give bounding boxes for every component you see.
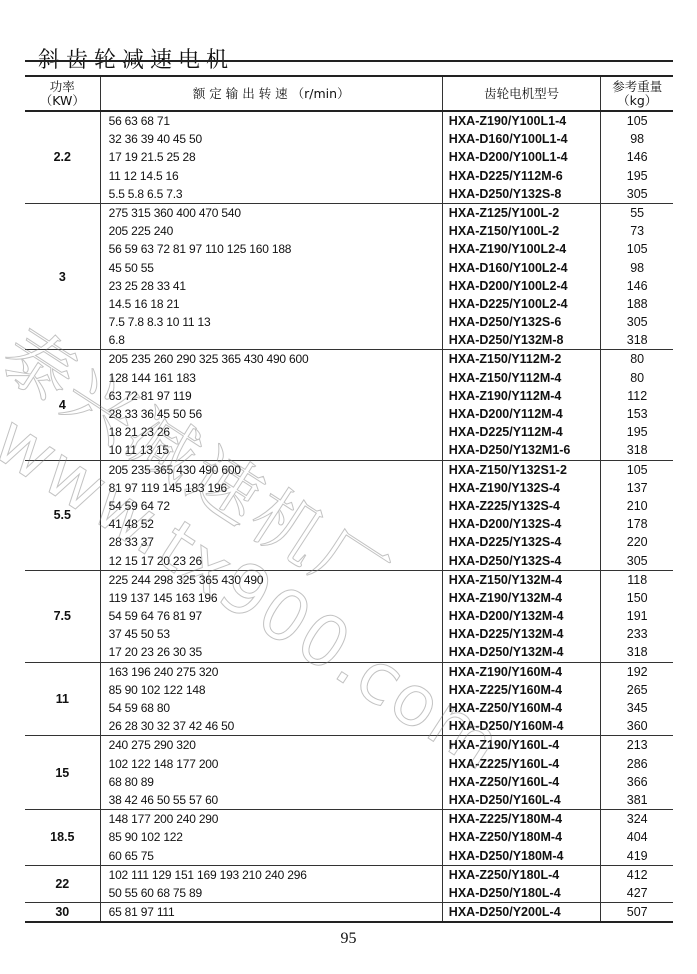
- model-name: HXA-Z250/Y180L-4: [443, 866, 601, 884]
- speed-cell: 205 235 365 430 490 60081 97 119 145 183…: [100, 460, 442, 570]
- weight-cell: 118150191233318: [601, 570, 673, 662]
- weight-cell: 412427: [601, 865, 673, 902]
- speed-values: 205 225 240: [101, 222, 442, 240]
- speed-values: 68 80 89: [101, 773, 442, 791]
- speed-values: 18 21 23 26: [101, 423, 442, 441]
- speed-values: 12 15 17 20 23 26: [101, 552, 442, 570]
- speed-values: 17 19 21.5 25 28: [101, 148, 442, 166]
- weight-value: 305: [601, 185, 673, 203]
- speed-cell: 65 81 97 111: [100, 903, 442, 923]
- weight-value: 153: [601, 405, 673, 423]
- power-group-row: 15240 275 290 320102 122 148 177 20068 8…: [25, 736, 673, 810]
- model-cell: HXA-Z225/Y180M-4HXA-Z250/Y180M-4HXA-D250…: [442, 810, 601, 866]
- speed-values: 65 81 97 111: [101, 903, 442, 921]
- speed-values: 81 97 119 145 183 196: [101, 479, 442, 497]
- weight-cell: 8080112153195318: [601, 350, 673, 460]
- power-group-row: 4205 235 260 290 325 365 430 490 600128 …: [25, 350, 673, 460]
- header-reference-weight: 参考重量 （kg）: [601, 76, 673, 111]
- weight-value: 324: [601, 810, 673, 828]
- model-name: HXA-D200/Y132M-4: [443, 607, 601, 625]
- speed-values: 28 33 36 45 50 56: [101, 405, 442, 423]
- speed-values: 56 63 68 71: [101, 112, 442, 130]
- model-name: HXA-Z150/Y100L-2: [443, 222, 601, 240]
- header-rated-output-speed: 额 定 输 出 转 速 （r/min）: [100, 76, 442, 111]
- power-group-row: 2.256 63 68 7132 36 39 40 45 5017 19 21.…: [25, 111, 673, 203]
- speed-values: 60 65 75: [101, 847, 442, 865]
- model-name: HXA-D250/Y132M-4: [443, 643, 601, 661]
- speed-values: 54 59 64 72: [101, 497, 442, 515]
- model-name: HXA-D250/Y200L-4: [443, 903, 601, 921]
- power-cell: 18.5: [25, 810, 100, 866]
- weight-value: 195: [601, 167, 673, 185]
- weight-value: 265: [601, 681, 673, 699]
- weight-value: 412: [601, 866, 673, 884]
- speed-cell: 163 196 240 275 32085 90 102 122 14854 5…: [100, 662, 442, 736]
- speed-values: 85 90 102 122: [101, 828, 442, 846]
- weight-value: 419: [601, 847, 673, 865]
- model-name: HXA-D250/Y160L-4: [443, 791, 601, 809]
- weight-value: 105: [601, 461, 673, 479]
- model-name: HXA-D250/Y180L-4: [443, 884, 601, 902]
- weight-value: 318: [601, 331, 673, 349]
- speed-values: 45 50 55: [101, 259, 442, 277]
- model-cell: HXA-Z150/Y132M-4HXA-Z190/Y132M-4HXA-D200…: [442, 570, 601, 662]
- model-name: HXA-D225/Y132M-4: [443, 625, 601, 643]
- model-name: HXA-Z225/Y180M-4: [443, 810, 601, 828]
- speed-values: 54 59 68 80: [101, 699, 442, 717]
- weight-value: 318: [601, 643, 673, 661]
- speed-cell: 275 315 360 400 470 540205 225 24056 59 …: [100, 203, 442, 350]
- speed-values: 240 275 290 320: [101, 736, 442, 754]
- speed-values: 11 12 14.5 16: [101, 167, 442, 185]
- speed-values: 205 235 365 430 490 600: [101, 461, 442, 479]
- power-group-row: 3275 315 360 400 470 540205 225 24056 59…: [25, 203, 673, 350]
- model-name: HXA-Z250/Y180M-4: [443, 828, 601, 846]
- weight-value: 146: [601, 148, 673, 166]
- model-name: HXA-Z150/Y132M-4: [443, 571, 601, 589]
- power-group-row: 7.5225 244 298 325 365 430 490119 137 14…: [25, 570, 673, 662]
- speed-cell: 56 63 68 7132 36 39 40 45 5017 19 21.5 2…: [100, 111, 442, 203]
- speed-values: 205 235 260 290 325 365 430 490 600: [101, 350, 442, 368]
- weight-value: 137: [601, 479, 673, 497]
- speed-values: 56 59 63 72 81 97 110 125 160 188: [101, 240, 442, 258]
- weight-value: 345: [601, 699, 673, 717]
- model-name: HXA-Z150/Y112M-4: [443, 369, 601, 387]
- speed-values: 10 11 13 15: [101, 441, 442, 459]
- speed-values: 102 111 129 151 169 193 210 240 296: [101, 866, 442, 884]
- weight-value: 192: [601, 663, 673, 681]
- model-name: HXA-Z250/Y160L-4: [443, 773, 601, 791]
- model-name: HXA-D200/Y100L1-4: [443, 148, 601, 166]
- weight-cell: 10598146195305: [601, 111, 673, 203]
- weight-value: 233: [601, 625, 673, 643]
- weight-value: 305: [601, 552, 673, 570]
- speed-values: 85 90 102 122 148: [101, 681, 442, 699]
- weight-value: 146: [601, 277, 673, 295]
- weight-value: 220: [601, 533, 673, 551]
- power-group-row: 22102 111 129 151 169 193 210 240 29650 …: [25, 865, 673, 902]
- weight-value: 112: [601, 387, 673, 405]
- weight-value: 191: [601, 607, 673, 625]
- speed-values: 6.8: [101, 331, 442, 349]
- model-name: HXA-D200/Y100L2-4: [443, 277, 601, 295]
- speed-values: 119 137 145 163 196: [101, 589, 442, 607]
- model-cell: HXA-Z190/Y160M-4HXA-Z225/Y160M-4HXA-Z250…: [442, 662, 601, 736]
- weight-value: 286: [601, 755, 673, 773]
- power-cell: 30: [25, 903, 100, 923]
- speed-values: 50 55 60 68 75 89: [101, 884, 442, 902]
- weight-value: 318: [601, 441, 673, 459]
- table-body: 2.256 63 68 7132 36 39 40 45 5017 19 21.…: [25, 111, 673, 922]
- weight-value: 118: [601, 571, 673, 589]
- model-name: HXA-D250/Y180M-4: [443, 847, 601, 865]
- model-name: HXA-D250/Y132S-8: [443, 185, 601, 203]
- model-cell: HXA-Z125/Y100L-2HXA-Z150/Y100L-2HXA-Z190…: [442, 203, 601, 350]
- weight-cell: 192265345360: [601, 662, 673, 736]
- weight-cell: 105137210178220305: [601, 460, 673, 570]
- speed-values: 23 25 28 33 41: [101, 277, 442, 295]
- model-name: HXA-Z190/Y160M-4: [443, 663, 601, 681]
- weight-value: 404: [601, 828, 673, 846]
- weight-value: 366: [601, 773, 673, 791]
- speed-values: 28 33 37: [101, 533, 442, 551]
- speed-values: 275 315 360 400 470 540: [101, 204, 442, 222]
- model-name: HXA-D225/Y112M-4: [443, 423, 601, 441]
- power-group-row: 5.5205 235 365 430 490 60081 97 119 145 …: [25, 460, 673, 570]
- power-cell: 3: [25, 203, 100, 350]
- speed-cell: 225 244 298 325 365 430 490119 137 145 1…: [100, 570, 442, 662]
- speed-cell: 205 235 260 290 325 365 430 490 600128 1…: [100, 350, 442, 460]
- model-name: HXA-Z225/Y132S-4: [443, 497, 601, 515]
- model-name: HXA-Z125/Y100L-2: [443, 204, 601, 222]
- power-cell: 4: [25, 350, 100, 460]
- model-name: HXA-Z150/Y112M-2: [443, 350, 601, 368]
- model-name: HXA-Z190/Y132S-4: [443, 479, 601, 497]
- model-cell: HXA-Z190/Y160L-4HXA-Z225/Y160L-4HXA-Z250…: [442, 736, 601, 810]
- model-name: HXA-Z225/Y160L-4: [443, 755, 601, 773]
- model-name: HXA-D225/Y100L2-4: [443, 295, 601, 313]
- weight-cell: 507: [601, 903, 673, 923]
- page-title: 斜齿轮减速电机: [38, 43, 234, 74]
- speed-values: 41 48 52: [101, 515, 442, 533]
- weight-cell: 324404419: [601, 810, 673, 866]
- speed-values: 63 72 81 97 119: [101, 387, 442, 405]
- model-cell: HXA-Z150/Y132S1-2HXA-Z190/Y132S-4HXA-Z22…: [442, 460, 601, 570]
- speed-cell: 102 111 129 151 169 193 210 240 29650 55…: [100, 865, 442, 902]
- model-cell: HXA-Z250/Y180L-4HXA-D250/Y180L-4: [442, 865, 601, 902]
- power-cell: 7.5: [25, 570, 100, 662]
- power-group-row: 3065 81 97 111HXA-D250/Y200L-4507: [25, 903, 673, 923]
- speed-values: 32 36 39 40 45 50: [101, 130, 442, 148]
- model-cell: HXA-Z190/Y100L1-4HXA-D160/Y100L1-4HXA-D2…: [442, 111, 601, 203]
- model-name: HXA-D225/Y112M-6: [443, 167, 601, 185]
- model-name: HXA-D250/Y132S-6: [443, 313, 601, 331]
- model-name: HXA-D250/Y132S-4: [443, 552, 601, 570]
- weight-value: 427: [601, 884, 673, 902]
- speed-values: 163 196 240 275 320: [101, 663, 442, 681]
- model-name: HXA-Z190/Y100L1-4: [443, 112, 601, 130]
- weight-value: 80: [601, 350, 673, 368]
- power-cell: 5.5: [25, 460, 100, 570]
- title-rule: [25, 60, 673, 62]
- speed-values: 7.5 7.8 8.3 10 11 13: [101, 313, 442, 331]
- model-name: HXA-D160/Y100L2-4: [443, 259, 601, 277]
- weight-value: 507: [601, 903, 673, 921]
- weight-value: 381: [601, 791, 673, 809]
- weight-value: 73: [601, 222, 673, 240]
- weight-value: 210: [601, 497, 673, 515]
- power-group-row: 18.5148 177 200 240 29085 90 102 12260 6…: [25, 810, 673, 866]
- speed-values: 17 20 23 26 30 35: [101, 643, 442, 661]
- power-group-row: 11163 196 240 275 32085 90 102 122 14854…: [25, 662, 673, 736]
- weight-value: 305: [601, 313, 673, 331]
- power-cell: 15: [25, 736, 100, 810]
- model-name: HXA-Z190/Y132M-4: [443, 589, 601, 607]
- header-power: 功率 （KW）: [25, 76, 100, 111]
- speed-values: 102 122 148 177 200: [101, 755, 442, 773]
- weight-value: 188: [601, 295, 673, 313]
- weight-value: 98: [601, 130, 673, 148]
- weight-value: 105: [601, 240, 673, 258]
- weight-value: 360: [601, 717, 673, 735]
- model-name: HXA-D225/Y132S-4: [443, 533, 601, 551]
- speed-values: 148 177 200 240 290: [101, 810, 442, 828]
- model-name: HXA-Z225/Y160M-4: [443, 681, 601, 699]
- speed-values: 37 45 50 53: [101, 625, 442, 643]
- model-name: HXA-Z150/Y132S1-2: [443, 461, 601, 479]
- weight-value: 195: [601, 423, 673, 441]
- weight-value: 178: [601, 515, 673, 533]
- speed-values: 54 59 64 76 81 97: [101, 607, 442, 625]
- weight-value: 213: [601, 736, 673, 754]
- model-name: HXA-Z190/Y112M-4: [443, 387, 601, 405]
- model-name: HXA-D200/Y132S-4: [443, 515, 601, 533]
- weight-value: 150: [601, 589, 673, 607]
- model-name: HXA-Z250/Y160M-4: [443, 699, 601, 717]
- power-cell: 11: [25, 662, 100, 736]
- speed-values: 26 28 30 32 37 42 46 50: [101, 717, 442, 735]
- weight-cell: 213286366381: [601, 736, 673, 810]
- page-number: 95: [0, 930, 697, 948]
- weight-value: 55: [601, 204, 673, 222]
- weight-value: 80: [601, 369, 673, 387]
- motor-spec-table: 功率 （KW） 额 定 输 出 转 速 （r/min） 齿轮电机型号 参考重量 …: [25, 75, 673, 923]
- model-name: HXA-Z190/Y160L-4: [443, 736, 601, 754]
- table-header-row: 功率 （KW） 额 定 输 出 转 速 （r/min） 齿轮电机型号 参考重量 …: [25, 76, 673, 111]
- weight-cell: 557310598146188305318: [601, 203, 673, 350]
- header-gear-motor-model: 齿轮电机型号: [442, 76, 601, 111]
- model-name: HXA-D250/Y132M1-6: [443, 441, 601, 459]
- speed-cell: 240 275 290 320102 122 148 177 20068 80 …: [100, 736, 442, 810]
- speed-values: 128 144 161 183: [101, 369, 442, 387]
- speed-cell: 148 177 200 240 29085 90 102 12260 65 75: [100, 810, 442, 866]
- power-cell: 2.2: [25, 111, 100, 203]
- speed-values: 225 244 298 325 365 430 490: [101, 571, 442, 589]
- speed-values: 38 42 46 50 55 57 60: [101, 791, 442, 809]
- model-name: HXA-D160/Y100L1-4: [443, 130, 601, 148]
- model-name: HXA-D250/Y132M-8: [443, 331, 601, 349]
- power-cell: 22: [25, 865, 100, 902]
- model-cell: HXA-D250/Y200L-4: [442, 903, 601, 923]
- model-name: HXA-D250/Y160M-4: [443, 717, 601, 735]
- weight-value: 98: [601, 259, 673, 277]
- model-cell: HXA-Z150/Y112M-2HXA-Z150/Y112M-4HXA-Z190…: [442, 350, 601, 460]
- weight-value: 105: [601, 112, 673, 130]
- model-name: HXA-D200/Y112M-4: [443, 405, 601, 423]
- model-name: HXA-Z190/Y100L2-4: [443, 240, 601, 258]
- speed-values: 14.5 16 18 21: [101, 295, 442, 313]
- speed-values: 5.5 5.8 6.5 7.3: [101, 185, 442, 203]
